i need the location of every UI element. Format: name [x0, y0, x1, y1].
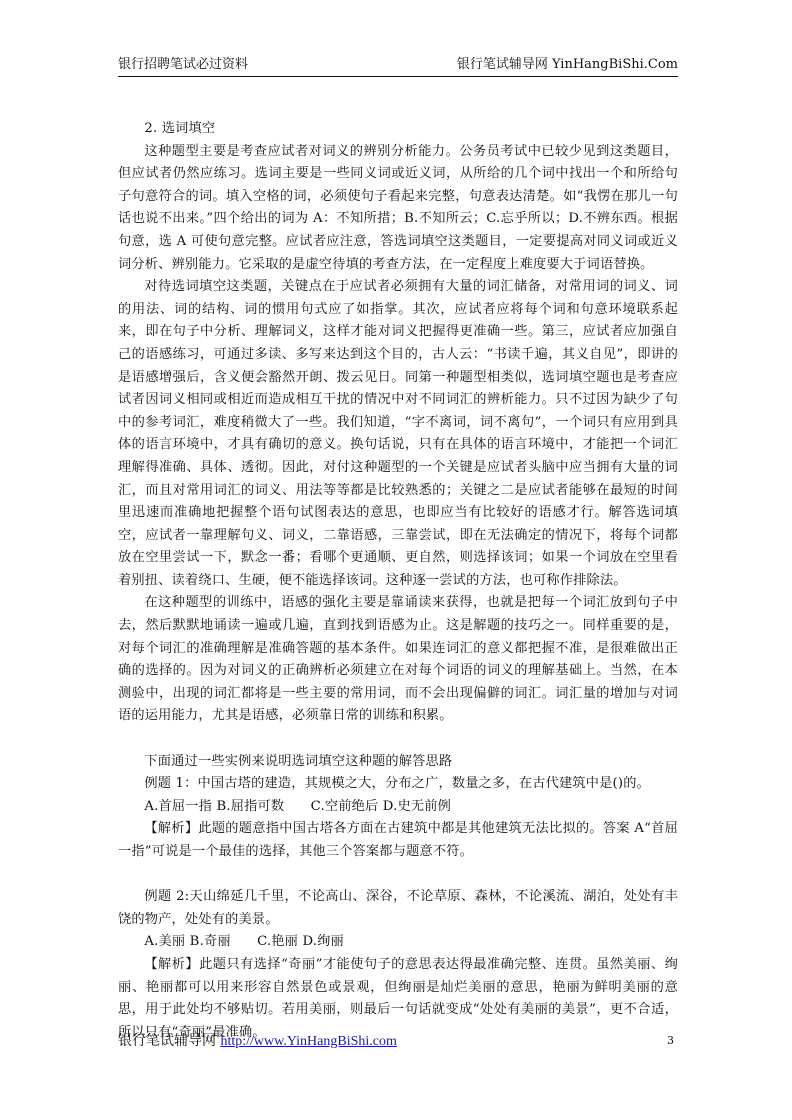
page-header: 银行招聘笔试必过资料 银行笔试辅导网 YinHangBiShi.Com	[118, 56, 678, 77]
example-2-analysis: 【解析】此题只有选择“奇丽”才能使句子的意思表达得最准确完整、连贯。虽然美丽、绚…	[118, 954, 678, 1044]
example-1-options: A.首屈一指 B.屈指可数 C.空前绝后 D.史无前例	[118, 796, 678, 819]
examples-intro: 下面通过一些实例来说明选词填空这种题的解答思路	[118, 751, 678, 774]
page-number: 3	[667, 1032, 674, 1050]
spacer	[118, 864, 678, 887]
paragraph-2: 对待选词填空这类题，关键点在于应试者必须拥有大量的词汇储备，对常用词的词义、词的…	[118, 276, 678, 592]
example-2-question: 例题 2:天山绵延几千里，不论高山、深谷，不论草原、森林，不论溪流、湖泊，处处有…	[118, 886, 678, 931]
footer-site: 银行笔试辅导网 http://www.YinHangBiShi.com	[118, 1032, 397, 1051]
page-footer: 银行笔试辅导网 http://www.YinHangBiShi.com 3	[118, 1032, 678, 1052]
header-left-title: 银行招聘笔试必过资料	[118, 56, 248, 74]
example-1-analysis: 【解析】此题的题意指中国古塔各方面在古建筑中都是其他建筑无法比拟的。答案 A“首…	[118, 818, 678, 863]
page-content: 2. 选词填空 这种题型主要是考查应试者对词义的辨别分析能力。公务员考试中已较少…	[118, 118, 678, 1044]
footer-site-label: 银行笔试辅导网	[118, 1033, 220, 1049]
paragraph-1: 这种题型主要是考查应试者对词义的辨别分析能力。公务员考试中已较少见到这类题目，但…	[118, 141, 678, 277]
section-heading: 2. 选词填空	[118, 118, 678, 141]
header-right-site: 银行笔试辅导网 YinHangBiShi.Com	[457, 56, 678, 74]
example-1-question: 例题 1：中国古塔的建造，其规模之大，分布之广，数量之多，在古代建筑中是()的。	[118, 773, 678, 796]
spacer	[118, 728, 678, 751]
paragraph-3: 在这种题型的训练中，语感的强化主要是靠诵读来获得，也就是把每一个词汇放到句子中去…	[118, 592, 678, 728]
footer-site-link[interactable]: http://www.YinHangBiShi.com	[220, 1034, 396, 1049]
example-2-options: A.美丽 B.奇丽 C.艳丽 D.绚丽	[118, 931, 678, 954]
